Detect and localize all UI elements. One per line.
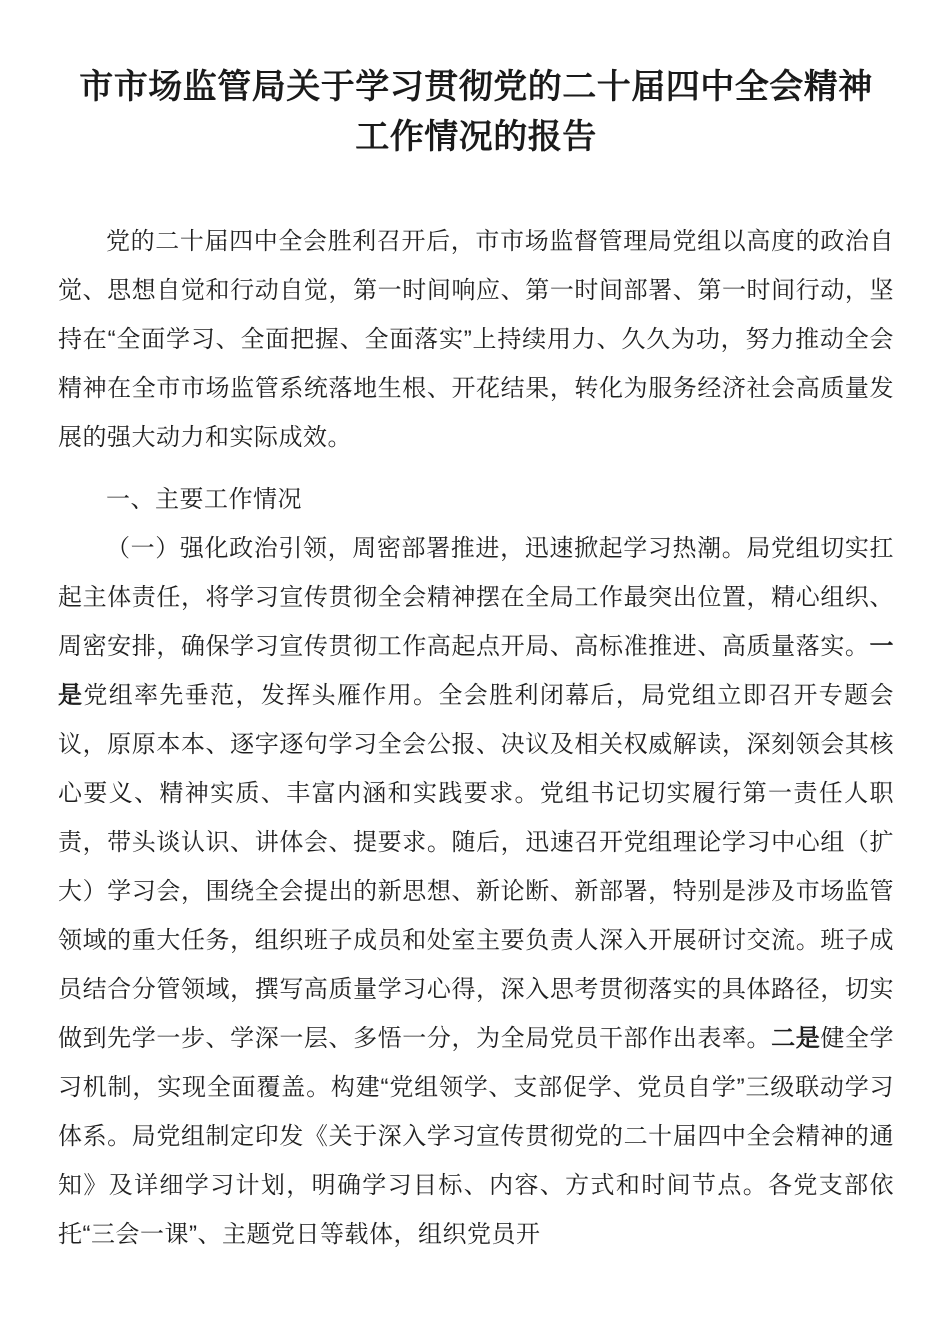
document-body: 党的二十届四中全会胜利召开后，市市场监督管理局党组以高度的政治自觉、思想自觉和行… xyxy=(58,217,894,1259)
text-run: 一、主要工作情况 xyxy=(106,486,302,513)
emphasis-run: 二是 xyxy=(771,1025,820,1052)
paragraph: （一）强化政治引领，周密部署推进，迅速掀起学习热潮。局党组切实扛起主体责任，将学… xyxy=(58,524,894,1259)
paragraph: 党的二十届四中全会胜利召开后，市市场监督管理局党组以高度的政治自觉、思想自觉和行… xyxy=(58,217,894,462)
document-page: 市市场监管局关于学习贯彻党的二十届四中全会精神 工作情况的报告 党的二十届四中全… xyxy=(0,0,950,1344)
document-title-line1: 市市场监管局关于学习贯彻党的二十届四中全会精神 xyxy=(58,62,894,112)
text-run: （一）强化政治引领，周密部署推进，迅速掀起学习热潮。局党组切实扛起主体责任，将学… xyxy=(58,535,894,660)
text-run: 党的二十届四中全会胜利召开后，市市场监督管理局党组以高度的政治自觉、思想自觉和行… xyxy=(58,228,894,451)
text-run: 健全学习机制，实现全面覆盖。构建“党组领学、支部促学、党员自学”三级联动学习体系… xyxy=(58,1025,894,1248)
section-heading: 一、主要工作情况 xyxy=(58,475,894,524)
document-title: 市市场监管局关于学习贯彻党的二十届四中全会精神 工作情况的报告 xyxy=(58,62,894,162)
text-run: 党组率先垂范，发挥头雁作用。全会胜利闭幕后，局党组立即召开专题会议，原原本本、逐… xyxy=(58,682,894,1052)
document-title-line2: 工作情况的报告 xyxy=(58,112,894,162)
